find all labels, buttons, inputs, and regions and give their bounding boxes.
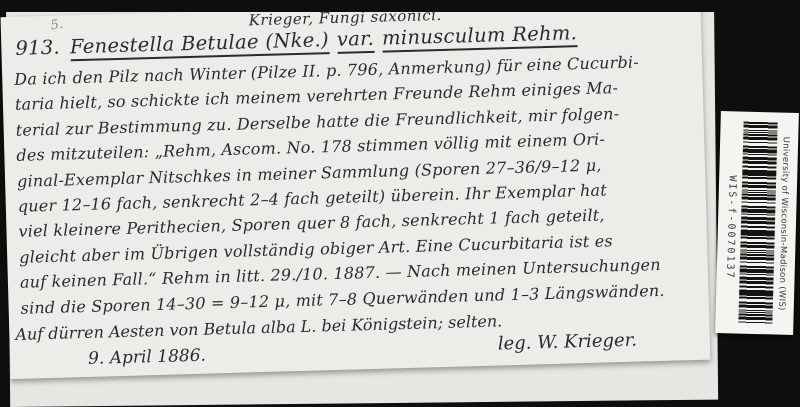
institution-name: University of Wisconsin-Madison (WIS) <box>776 137 791 311</box>
variety-abbrev: var. <box>337 27 375 54</box>
specimen-number: 913. <box>15 36 60 60</box>
scanned-specimen-sheet: 5. Krieger, Fungi saxonici. 913.Fenestel… <box>0 0 800 407</box>
label-body-text: Da ich den Pilz nach Winter (Pilze II. p… <box>14 48 701 321</box>
specimen-label-card: 5. Krieger, Fungi saxonici. 913.Fenestel… <box>1 0 711 379</box>
accession-code: WIS-f-0070137 <box>724 165 738 280</box>
collection-date: 9. April 1886. <box>88 346 206 369</box>
species-name: Fenestella Betulae (Nke.) <box>70 28 330 61</box>
herbarium-barcode-label: WIS-f-0070137 University of Wisconsin-Ma… <box>715 111 799 335</box>
scan-background-edge <box>0 0 720 12</box>
collector-signature: leg. W. Krieger. <box>498 330 638 355</box>
barcode-icon <box>738 122 777 325</box>
variety-name: minusculum Rehm. <box>382 21 578 52</box>
pencil-annotation: 5. <box>50 17 65 34</box>
